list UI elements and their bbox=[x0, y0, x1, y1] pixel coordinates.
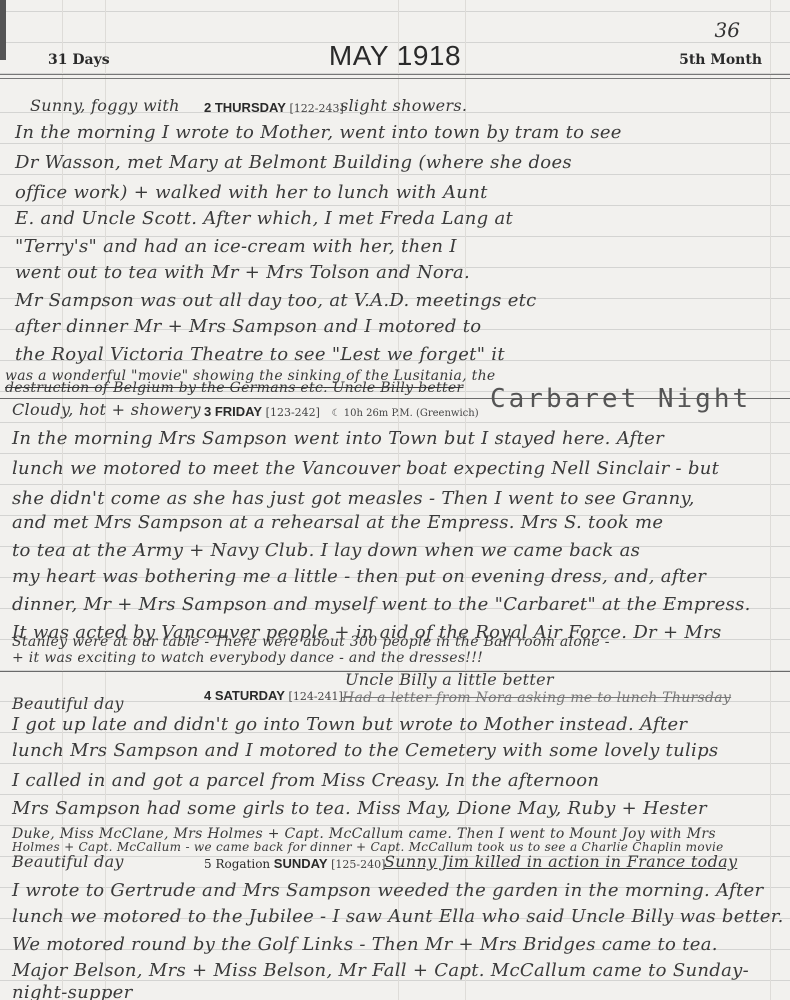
day-name: 2 THURSDAY bbox=[204, 100, 286, 115]
entry-line: she didn't come as she has just got meas… bbox=[12, 488, 695, 509]
entry-line: lunch we motored to the Jubilee - I saw … bbox=[12, 906, 784, 927]
day-heading: 4 SATURDAY [124-241] bbox=[204, 688, 343, 703]
entry-line: office work) + walked with her to lunch … bbox=[15, 182, 488, 203]
entry-line: night-supper bbox=[12, 982, 133, 1000]
day-heading: 5 Rogation SUNDAY [125-240] bbox=[204, 856, 385, 871]
entry-line: the Royal Victoria Theatre to see "Lest … bbox=[15, 344, 505, 365]
page-title: MAY 1918 bbox=[0, 40, 790, 72]
weather-note: Sunny, foggy with bbox=[30, 96, 180, 115]
entry-line: to tea at the Army + Navy Club. I lay do… bbox=[12, 540, 640, 561]
entry-line: We motored round by the Golf Links - The… bbox=[12, 934, 718, 955]
entry-line: Mr Sampson was out all day too, at V.A.D… bbox=[15, 290, 537, 311]
entry-line: my heart was bothering me a little - the… bbox=[12, 566, 706, 587]
weather-note: Beautiful day bbox=[12, 852, 124, 871]
weather-note: Cloudy, hot + showery bbox=[12, 400, 201, 419]
entry-line: went out to tea with Mr + Mrs Tolson and… bbox=[15, 262, 470, 283]
entry-line: E. and Uncle Scott. After which, I met F… bbox=[15, 208, 513, 229]
entry-line: lunch we motored to meet the Vancouver b… bbox=[12, 458, 719, 479]
annotation-note: Uncle Billy a little better bbox=[345, 670, 554, 689]
day-name: SUNDAY bbox=[274, 856, 328, 871]
entry-line: after dinner Mr + Mrs Sampson and I moto… bbox=[15, 316, 481, 337]
diary-page: 36 31 Days MAY 1918 5th Month Sunny, fog… bbox=[0, 0, 790, 1000]
entry-line: In the morning Mrs Sampson went into Tow… bbox=[12, 428, 664, 449]
day-range: [122-243] bbox=[290, 102, 344, 115]
day-prefix: 5 Rogation bbox=[204, 857, 270, 871]
entry-line-struck: destruction of Belgium by the Germans et… bbox=[5, 380, 463, 396]
struck-note: Had a letter from Nora asking me to lunc… bbox=[342, 690, 731, 706]
entry-line: + it was exciting to watch everybody dan… bbox=[12, 650, 483, 666]
weather-note-continued: slight showers. bbox=[340, 96, 467, 115]
entry-line: In the morning I wrote to Mother, went i… bbox=[15, 122, 622, 143]
day-range: [125-240] bbox=[331, 858, 385, 871]
entry-line: Major Belson, Mrs + Miss Belson, Mr Fall… bbox=[12, 960, 749, 981]
day-name: 4 SATURDAY bbox=[204, 688, 285, 703]
entry-line: Dr Wasson, met Mary at Belmont Building … bbox=[15, 152, 572, 173]
entry-line: dinner, Mr + Mrs Sampson and myself went… bbox=[12, 594, 751, 615]
page-number: 36 bbox=[715, 18, 740, 42]
entry-line: and met Mrs Sampson at a rehearsal at th… bbox=[12, 512, 663, 533]
annotation-note: Sunny Jim killed in action in France tod… bbox=[384, 852, 737, 871]
entry-line: Stanley were at our table - There were a… bbox=[12, 634, 610, 650]
month-label: 5th Month bbox=[679, 52, 762, 68]
annotation-title: Carbaret Night bbox=[490, 384, 751, 414]
day-heading: 3 FRIDAY [123-242] ☾ 10h 26m P.M. (Green… bbox=[204, 404, 479, 419]
day-range: [124-241] bbox=[289, 690, 343, 703]
entry-line: lunch Mrs Sampson and I motored to the C… bbox=[12, 740, 718, 761]
entry-line: "Terry's" and had an ice-cream with her,… bbox=[15, 236, 457, 257]
header-divider bbox=[0, 74, 790, 79]
entry-line: I got up late and didn't go into Town bu… bbox=[12, 714, 687, 735]
day-heading: 2 THURSDAY [122-243] bbox=[204, 100, 344, 115]
entry-line: I called in and got a parcel from Miss C… bbox=[12, 770, 599, 791]
weather-note: Beautiful day bbox=[12, 694, 124, 713]
moon-phase: ☾ 10h 26m P.M. (Greenwich) bbox=[332, 408, 479, 419]
day-name: 3 FRIDAY bbox=[204, 404, 262, 419]
day-range: [123-242] bbox=[266, 406, 320, 419]
entry-line: Mrs Sampson had some girls to tea. Miss … bbox=[12, 798, 707, 819]
entry-line: I wrote to Gertrude and Mrs Sampson weed… bbox=[12, 880, 763, 901]
ruling-line bbox=[770, 0, 771, 1000]
